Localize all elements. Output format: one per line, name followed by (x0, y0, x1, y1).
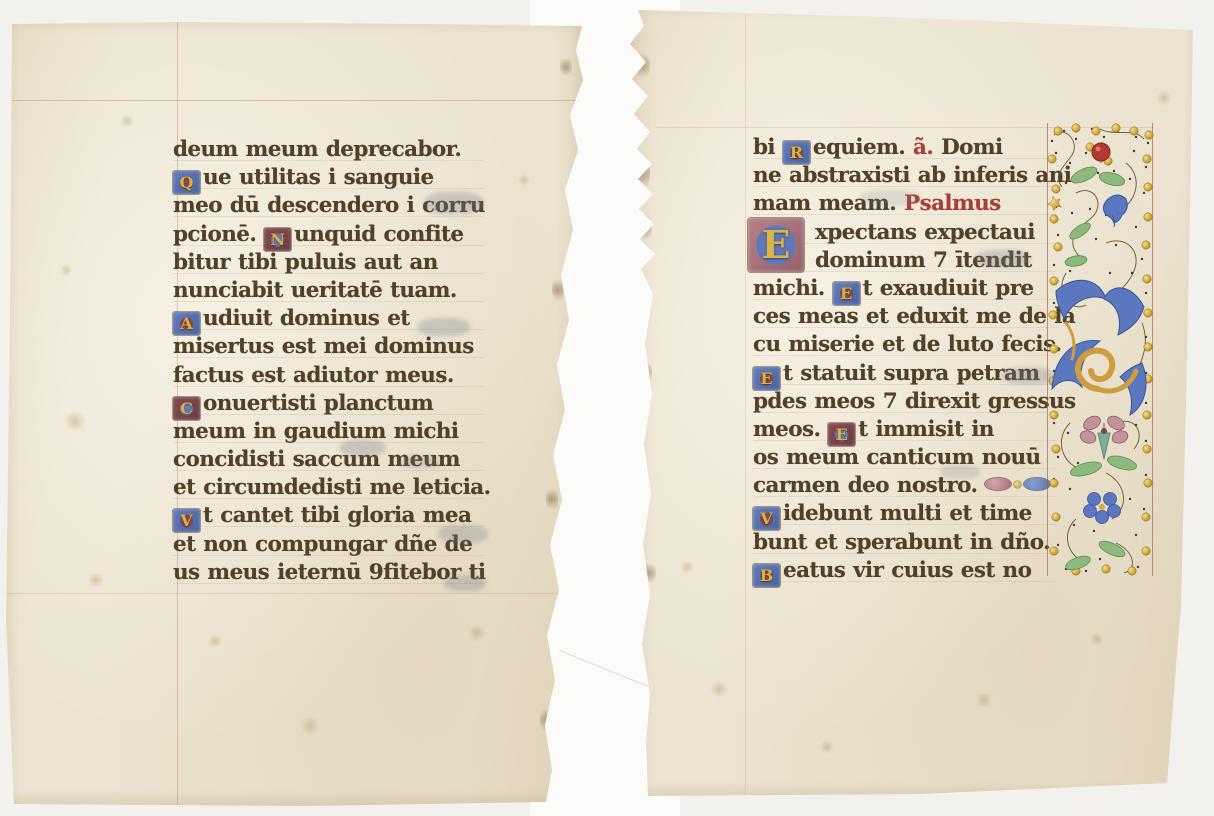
text-line: et non compungar dñe de (173, 531, 485, 559)
illuminated-initial: E (753, 367, 780, 390)
text-line: meum in gaudium michi (173, 418, 485, 446)
illuminated-initial: N (264, 228, 291, 251)
text-line: nunciabit ueritatē tuam. (173, 277, 485, 305)
gold-star (1047, 196, 1061, 211)
text-line: et circumdedisti me leticia. (173, 474, 485, 502)
text-line: meos. Et immisit in (753, 416, 1057, 444)
rubric-psalmus: Psalmus (904, 191, 1001, 216)
torn-edge-stain (560, 56, 572, 78)
text-line: os meum canticum nouū (753, 444, 1057, 472)
foxing-spot (60, 264, 72, 276)
illuminated-initial: Q (173, 171, 200, 194)
filler-pink-leaf (985, 478, 1011, 490)
foxing-spot (1090, 632, 1104, 646)
text-line: meo dū descendero i corru (173, 192, 485, 220)
illuminated-initial: E (828, 423, 855, 446)
blue-violet-flower (1084, 493, 1121, 524)
text-line: mam meam. Psalmus (753, 190, 1057, 218)
text-line: factus est adiutor meus. (173, 362, 485, 390)
text-line: Et statuit supra petram (753, 360, 1057, 388)
red-berry-flower (1092, 143, 1110, 161)
rubric-text: ã. (913, 135, 941, 160)
text-line: Vt cantet tibi gloria mea (173, 502, 485, 530)
illuminated-initial: R (783, 141, 810, 164)
foxing-spot (120, 114, 134, 128)
text-line: pdes meos 7 direxit gressus (753, 388, 1057, 416)
manuscript-leaf-left: deum meum deprecabor. Que utilitas i san… (4, 20, 586, 806)
text-line: bitur tibi puluis aut an (173, 249, 485, 277)
foxing-spot (710, 680, 728, 698)
text-line: bi Requiem. ã. Domi (753, 134, 1057, 162)
foxing-spot (468, 624, 486, 642)
illuminated-initial: C (173, 397, 200, 420)
foxing-spot (976, 692, 992, 708)
vertical-ruling-line (745, 4, 746, 798)
floral-border (1046, 123, 1154, 576)
text-line: deum meum deprecabor. (173, 136, 485, 164)
text-line: Videbunt multi et time (753, 500, 1057, 528)
illuminated-initial: A (173, 312, 200, 335)
text-line: Beatus vir cuius est no (753, 557, 1057, 585)
torn-edge-stain (546, 486, 558, 512)
foxing-spot (1156, 90, 1172, 106)
line-filler-ornament (985, 478, 1050, 490)
text-line: concidisti saccum meum (173, 446, 485, 474)
manuscript-leaf-right: E bi Requiem. ã. Domi ne abstraxisti ab … (620, 4, 1198, 798)
horizontal-ruling-line (4, 100, 586, 101)
text-line: bunt et sperabunt in dño. (753, 529, 1057, 557)
foxing-spot (208, 634, 222, 648)
text-line: cu miserie et de luto fecis. (753, 331, 1057, 359)
pink-flower (1078, 413, 1129, 459)
foxing-spot (88, 572, 104, 588)
text-line: misertus est mei dominus (173, 333, 485, 361)
text-line: ces meas et eduxit me de la (753, 303, 1057, 331)
illuminated-initial: B (753, 564, 780, 587)
filler-gold-dot (1014, 481, 1021, 488)
illuminated-initial: E (833, 282, 860, 305)
horizontal-ruling-line (4, 593, 586, 594)
illuminated-initial: V (753, 507, 780, 530)
foxing-spot (64, 410, 86, 432)
illuminated-initial: V (173, 509, 200, 532)
text-line: carmen deo nostro. (753, 472, 1057, 500)
text-line: michi. Et exaudiuit pre (753, 275, 1057, 303)
blue-gold-acanthus-scroll (1052, 280, 1146, 415)
foxing-spot (820, 740, 834, 754)
text-line: Que utilitas i sanguie (173, 164, 485, 192)
blue-bellflower (1103, 195, 1127, 227)
foxing-spot (300, 716, 320, 736)
text-line: Conuertisti planctum (173, 390, 485, 418)
text-block-left: deum meum deprecabor. Que utilitas i san… (173, 136, 485, 587)
foxing-spot (680, 560, 694, 574)
manuscript-photo: { "artifact": { "kind_label": "Illuminat… (0, 0, 1214, 816)
text-line: dominum 7 ītendit (753, 247, 1057, 275)
text-line: xpectans expectaui (753, 219, 1057, 247)
text-line: us meus ieternū 9fitebor ti (173, 559, 485, 587)
text-line: pcionē. Nunquid confite (173, 221, 485, 249)
text-block-right: bi Requiem. ã. Domi ne abstraxisti ab in… (753, 134, 1057, 585)
text-line: Audiuit dominus et (173, 305, 485, 333)
foxing-spot (518, 174, 530, 186)
text-line: ne abstraxisti ab inferis ani (753, 162, 1057, 190)
